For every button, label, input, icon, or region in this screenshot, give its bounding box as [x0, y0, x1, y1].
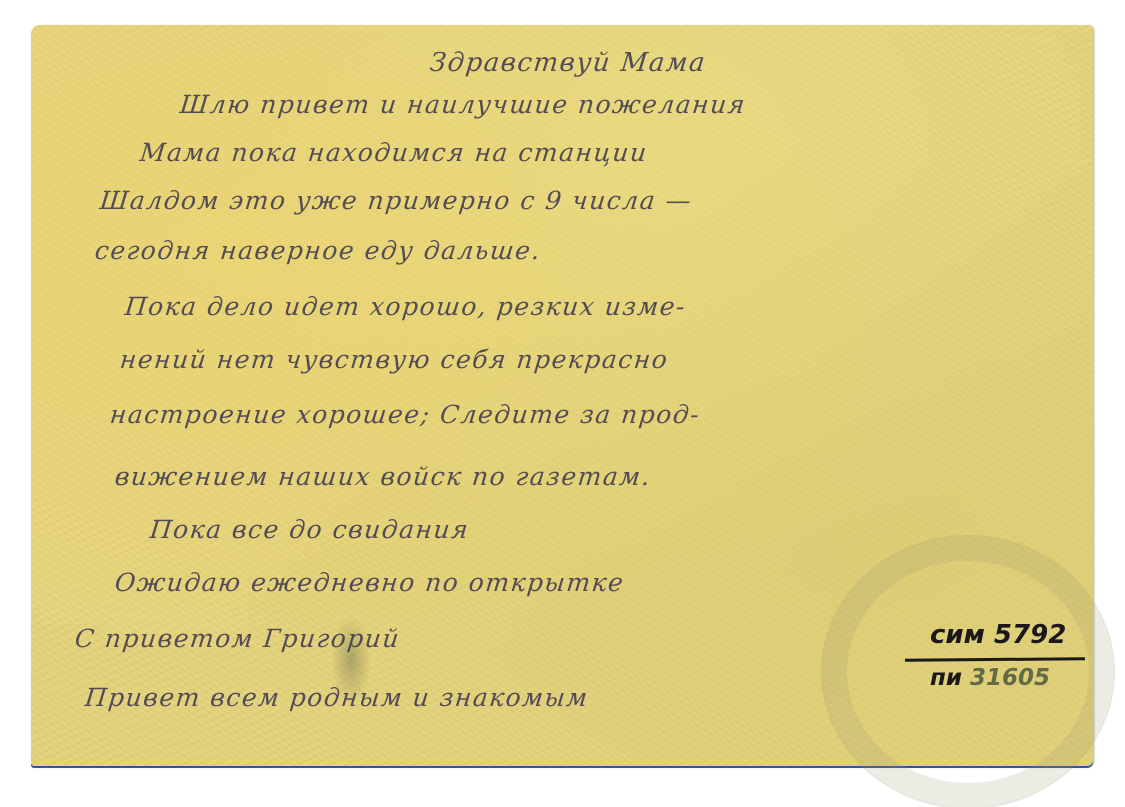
text-line-7: настроение хорошее; Следите за прод- — [108, 400, 701, 429]
archive-mark-bottom-number: 31605 — [970, 665, 1050, 691]
text-line-5: Пока дело идет хорошо, резких изме- — [123, 292, 687, 321]
greeting: Здравствуй Мама — [428, 48, 707, 78]
archive-mark-bottom-prefix: пи — [930, 665, 962, 691]
postcard — [31, 25, 1093, 766]
archive-mark-bottom: пи 31605 — [930, 665, 1050, 691]
text-line-3: Шалдом это уже примерно с 9 числа — — [98, 186, 693, 215]
text-line-4: сегодня наверное еду дальше. — [93, 236, 542, 265]
text-line-1: Шлю привет и наилучшие пожелания — [178, 90, 747, 119]
text-line-6: нений нет чувствую себя прекрасно — [118, 345, 669, 374]
text-line-2: Мама пока находимся на станции — [138, 138, 649, 167]
archive-mark-top: сим 5792 — [930, 620, 1066, 650]
text-line-12: Привет всем родным и знакомым — [83, 683, 590, 712]
text-line-8: вижением наших войск по газетам. — [113, 462, 652, 491]
text-line-9: Пока все до свидания — [148, 515, 470, 544]
signature-line: С приветом Григорий — [73, 624, 401, 653]
text-line-10: Ожидаю ежедневно по открытке — [113, 568, 625, 597]
